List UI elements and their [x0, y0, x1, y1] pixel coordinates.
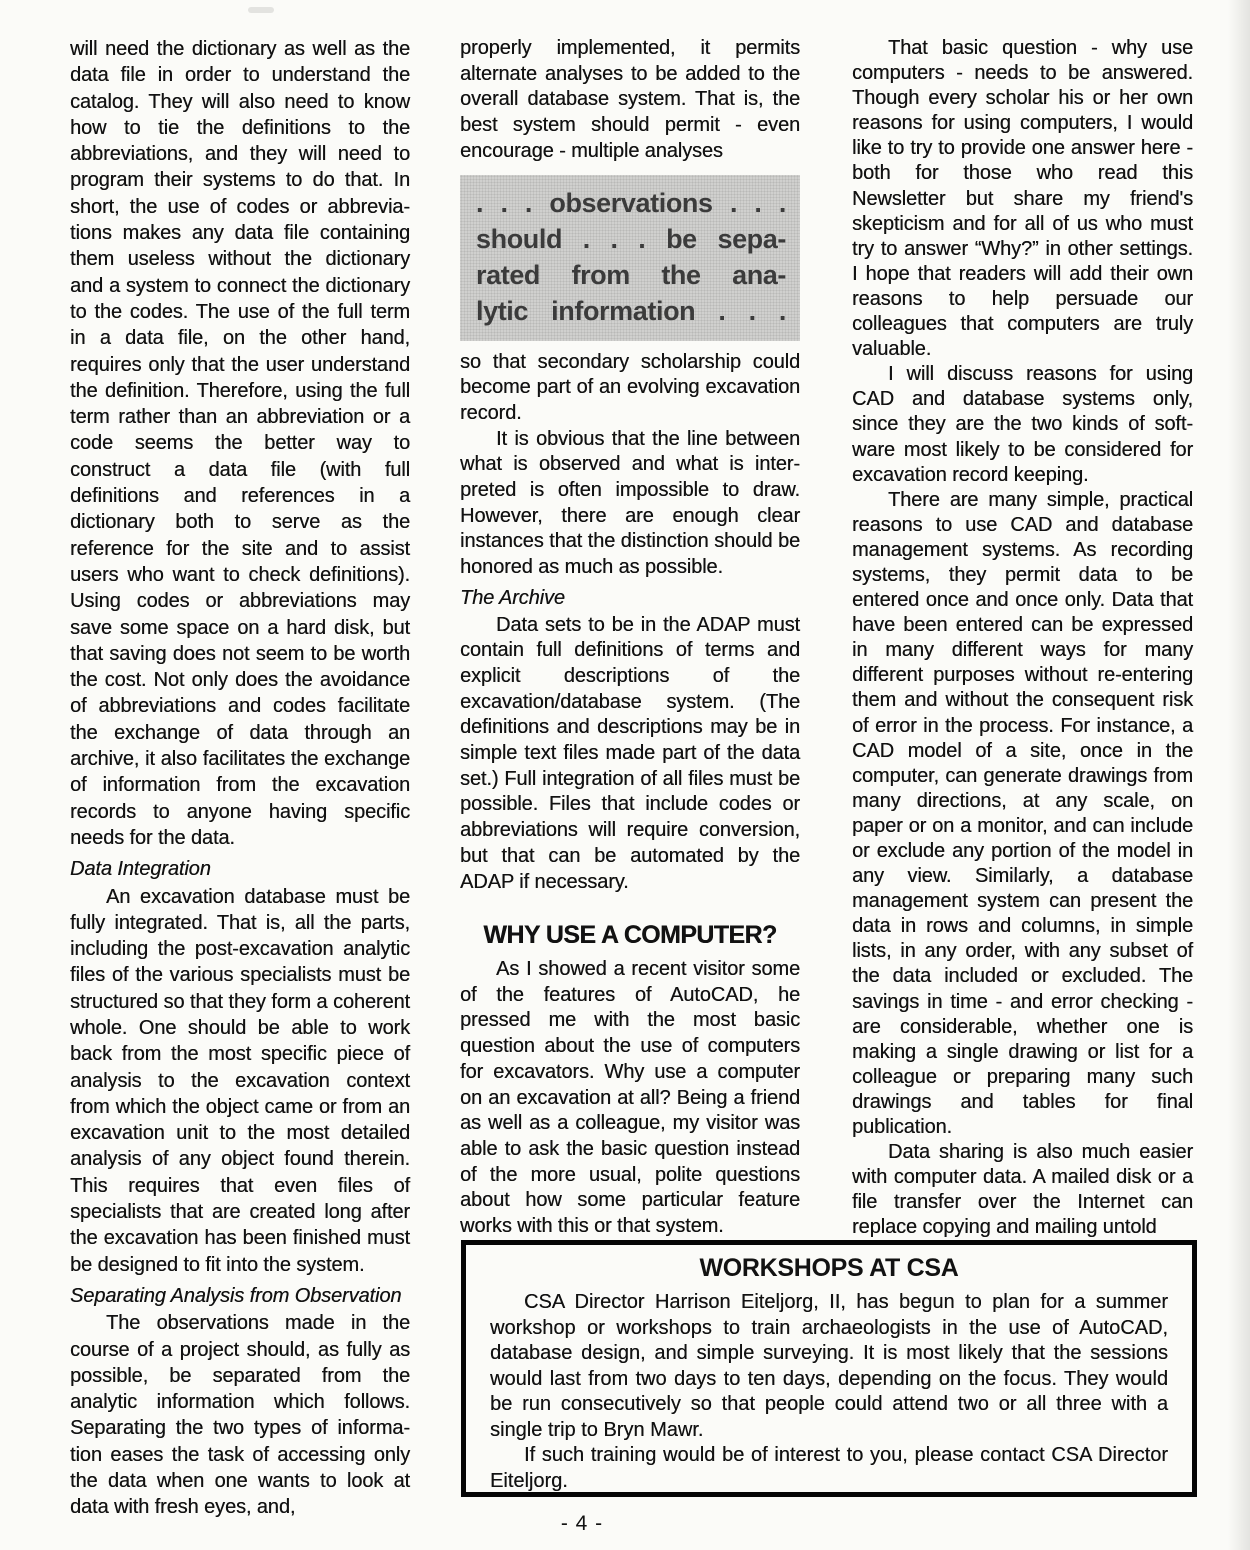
pull-quote-line: rated from the ana- — [476, 257, 786, 293]
pull-quote-line: . . . observations . . . — [476, 185, 786, 221]
paragraph-continuation: will need the dictionary as well as the … — [70, 36, 410, 851]
column-right: That basic question - why use computers … — [852, 36, 1193, 1241]
paragraph: An excavation database must be fully int… — [70, 884, 410, 1278]
paragraph: As I showed a recent visitor some of the… — [460, 957, 800, 1240]
subsection-heading-data-integration: Data Integration — [70, 856, 410, 882]
scan-smudge — [248, 7, 274, 13]
workshops-paragraph: CSA Director Harrison Eiteljorg, II, has… — [490, 1290, 1168, 1443]
section-heading-why-use-a-computer: WHY USE A COMPUTER? — [460, 923, 800, 949]
paragraph: There are many simple, practical reasons… — [852, 488, 1193, 1140]
paragraph: so that secondary scholarship could beco… — [460, 350, 800, 427]
pull-quote-line: should . . . be sepa- — [476, 221, 786, 257]
paragraph-continuation: properly implemented, it permits alterna… — [460, 36, 800, 165]
scan-edge-shadow — [1228, 0, 1250, 1550]
paragraph: I will discuss reasons for using CAD and… — [852, 362, 1193, 487]
workshops-box: WORKSHOPS AT CSA CSA Director Harrison E… — [461, 1240, 1197, 1497]
column-center: properly implemented, it permits alterna… — [460, 36, 800, 1240]
subsection-heading-the-archive: The Archive — [460, 586, 800, 612]
paragraph: The observations made in the course of a… — [70, 1310, 410, 1520]
newsletter-page: will need the dictionary as well as the … — [0, 0, 1250, 1550]
subsection-heading-separating-analysis: Separating Analysis from Observation — [70, 1283, 410, 1309]
paragraph: Data sets to be in the ADAP must contain… — [460, 613, 800, 896]
workshops-box-title: WORKSHOPS AT CSA — [490, 1254, 1168, 1283]
paragraph: Data sharing is also much easier with co… — [852, 1140, 1193, 1240]
column-left: will need the dictionary as well as the … — [70, 36, 410, 1521]
pull-quote-line: lytic information . . . — [476, 293, 786, 329]
page-number: - 4 - — [0, 1512, 1164, 1536]
pull-quote-box: . . . observations . . . should . . . be… — [460, 175, 800, 341]
paragraph: That basic question - why use computers … — [852, 36, 1193, 362]
workshops-paragraph: If such training would be of interest to… — [490, 1443, 1168, 1494]
paragraph: It is obvious that the line between what… — [460, 427, 800, 581]
